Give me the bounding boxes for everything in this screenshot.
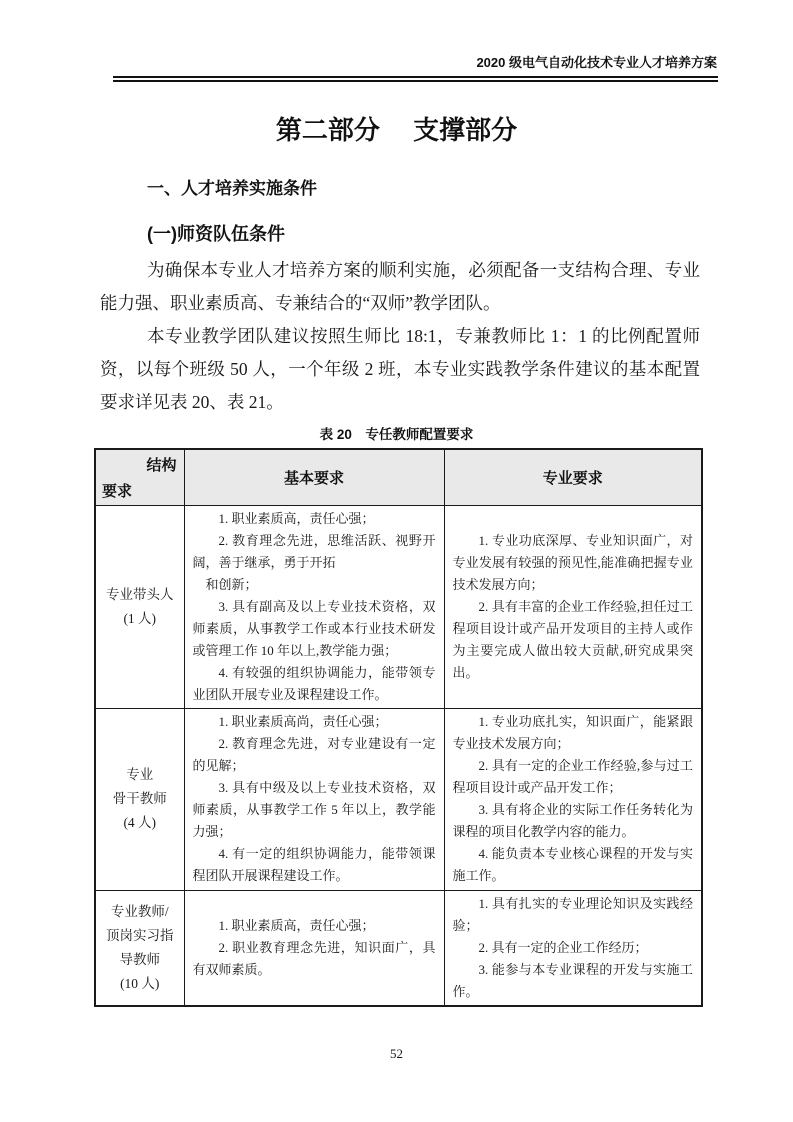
role-line: 专业带头人: [104, 583, 176, 607]
cell-paragraph: 2. 教育理念先进，思维活跃、视野开阔，善于继承，勇于开拓: [193, 530, 436, 574]
teacher-requirements-table: 结构 要求 基本要求 专业要求 专业带头人(1 人) 1. 职业素质高，责任心强…: [94, 448, 703, 1007]
basic-requirements-cell-leader: 1. 职业素质高，责任心强；2. 教育理念先进，思维活跃、视野开阔，善于继承，勇…: [184, 505, 444, 708]
column-header-professional-requirements: 专业要求: [444, 449, 702, 505]
professional-requirements-cell-backbone: 1. 专业功底扎实，知识面广，能紧跟专业技术发展方向；2. 具有一定的企业工作经…: [444, 708, 702, 890]
table-header-row: 结构 要求 基本要求 专业要求: [95, 449, 702, 505]
table-caption: 表 20 专任教师配置要求: [0, 423, 793, 443]
cell-paragraph: 3. 具有将企业的实际工作任务转化为课程的项目化教学内容的能力。: [453, 799, 694, 843]
subsection-heading: (一)师资队伍条件: [147, 220, 793, 246]
corner-header-cell: 结构 要求: [95, 449, 184, 505]
role-line: 导教师: [104, 948, 176, 972]
cell-paragraph: 1. 职业素质高，责任心强；: [193, 915, 436, 937]
basic-requirements-cell-backbone: 1. 职业素质高尚，责任心强；2. 教育理念先进，对专业建设有一定的见解；3. …: [184, 708, 444, 890]
role-cell-backbone: 专业骨干教师(4 人): [95, 708, 184, 890]
table-row-leader: 专业带头人(1 人) 1. 职业素质高，责任心强；2. 教育理念先进，思维活跃、…: [95, 505, 702, 708]
cell-paragraph: 3. 能参与本专业课程的开发与实施工作。: [453, 959, 694, 1003]
role-line: 顶岗实习指: [104, 924, 176, 948]
professional-requirements-cell-leader: 1. 专业功底深厚、专业知识面广，对专业发展有较强的预见性,能准确把握专业技术发…: [444, 505, 702, 708]
running-header: 2020 级电气自动化技术专业人才培养方案: [0, 0, 793, 71]
role-line: (1 人): [104, 607, 176, 631]
role-line: (10 人): [104, 972, 176, 996]
cell-paragraph: 1. 具有扎实的专业理论知识及实践经验；: [453, 893, 694, 937]
paragraph-staff-ratio: 本专业教学团队建议按照生师比 18:1，专兼教师比 1：1 的比例配置师资，以每…: [100, 320, 700, 419]
corner-label-requirement: 要求: [102, 480, 132, 501]
cell-paragraph: 2. 教育理念先进，对专业建设有一定的见解；: [193, 733, 436, 777]
cell-paragraph: 2. 职业教育理念先进，知识面广，具有双师素质。: [193, 937, 436, 981]
table-row-backbone: 专业骨干教师(4 人) 1. 职业素质高尚，责任心强；2. 教育理念先进，对专业…: [95, 708, 702, 890]
cell-paragraph: 1. 专业功底扎实，知识面广，能紧跟专业技术发展方向；: [453, 711, 694, 755]
corner-label-structure: 结构: [146, 454, 176, 475]
header-rule: [113, 76, 718, 82]
cell-paragraph: 3. 具有副高及以上专业技术资格，双师素质，从事教学工作或本行业技术研发或管理工…: [193, 596, 436, 662]
part-title: 第二部分 支撑部分: [0, 110, 793, 147]
professional-requirements-cell-instructor: 1. 具有扎实的专业理论知识及实践经验；2. 具有一定的企业工作经历；3. 能参…: [444, 890, 702, 1006]
role-cell-leader: 专业带头人(1 人): [95, 505, 184, 708]
table-row-instructor: 专业教师/顶岗实习指导教师(10 人) 1. 职业素质高，责任心强；2. 职业教…: [95, 890, 702, 1006]
cell-paragraph: 4. 能负责本专业核心课程的开发与实施工作。: [453, 843, 694, 887]
section-heading: 一、人才培养实施条件: [147, 174, 793, 199]
cell-paragraph: 1. 专业功底深厚、专业知识面广，对专业发展有较强的预见性,能准确把握专业技术发…: [453, 530, 694, 596]
cell-paragraph: 和创新；: [193, 574, 436, 596]
page-number: 52: [0, 1046, 793, 1062]
document-page: 2020 级电气自动化技术专业人才培养方案 第二部分 支撑部分 一、人才培养实施…: [0, 0, 793, 1122]
cell-paragraph: 4. 有较强的组织协调能力，能带领专业团队开展专业及课程建设工作。: [193, 662, 436, 706]
basic-requirements-cell-instructor: 1. 职业素质高，责任心强；2. 职业教育理念先进，知识面广，具有双师素质。: [184, 890, 444, 1006]
cell-paragraph: 1. 职业素质高尚，责任心强；: [193, 711, 436, 733]
cell-paragraph: 2. 具有一定的企业工作经验,参与过工程项目设计或产品开发工作；: [453, 755, 694, 799]
paragraph-team-requirement: 为确保本专业人才培养方案的顺利实施，必须配备一支结构合理、专业能力强、职业素质高…: [100, 254, 700, 320]
role-line: (4 人): [104, 811, 176, 835]
role-line: 骨干教师: [104, 787, 176, 811]
role-cell-instructor: 专业教师/顶岗实习指导教师(10 人): [95, 890, 184, 1006]
column-header-basic-requirements: 基本要求: [184, 449, 444, 505]
cell-paragraph: 4. 有一定的组织协调能力，能带领课程团队开展课程建设工作。: [193, 843, 436, 887]
cell-paragraph: 1. 职业素质高，责任心强；: [193, 508, 436, 530]
role-line: 专业教师/: [104, 900, 176, 924]
cell-paragraph: 3. 具有中级及以上专业技术资格，双师素质，从事教学工作 5 年以上，教学能力强…: [193, 777, 436, 843]
cell-paragraph: 2. 具有一定的企业工作经历；: [453, 937, 694, 959]
cell-paragraph: 2. 具有丰富的企业工作经验,担任过工程项目设计或产品开发项目的主持人或作为主要…: [453, 596, 694, 684]
role-line: 专业: [104, 763, 176, 787]
